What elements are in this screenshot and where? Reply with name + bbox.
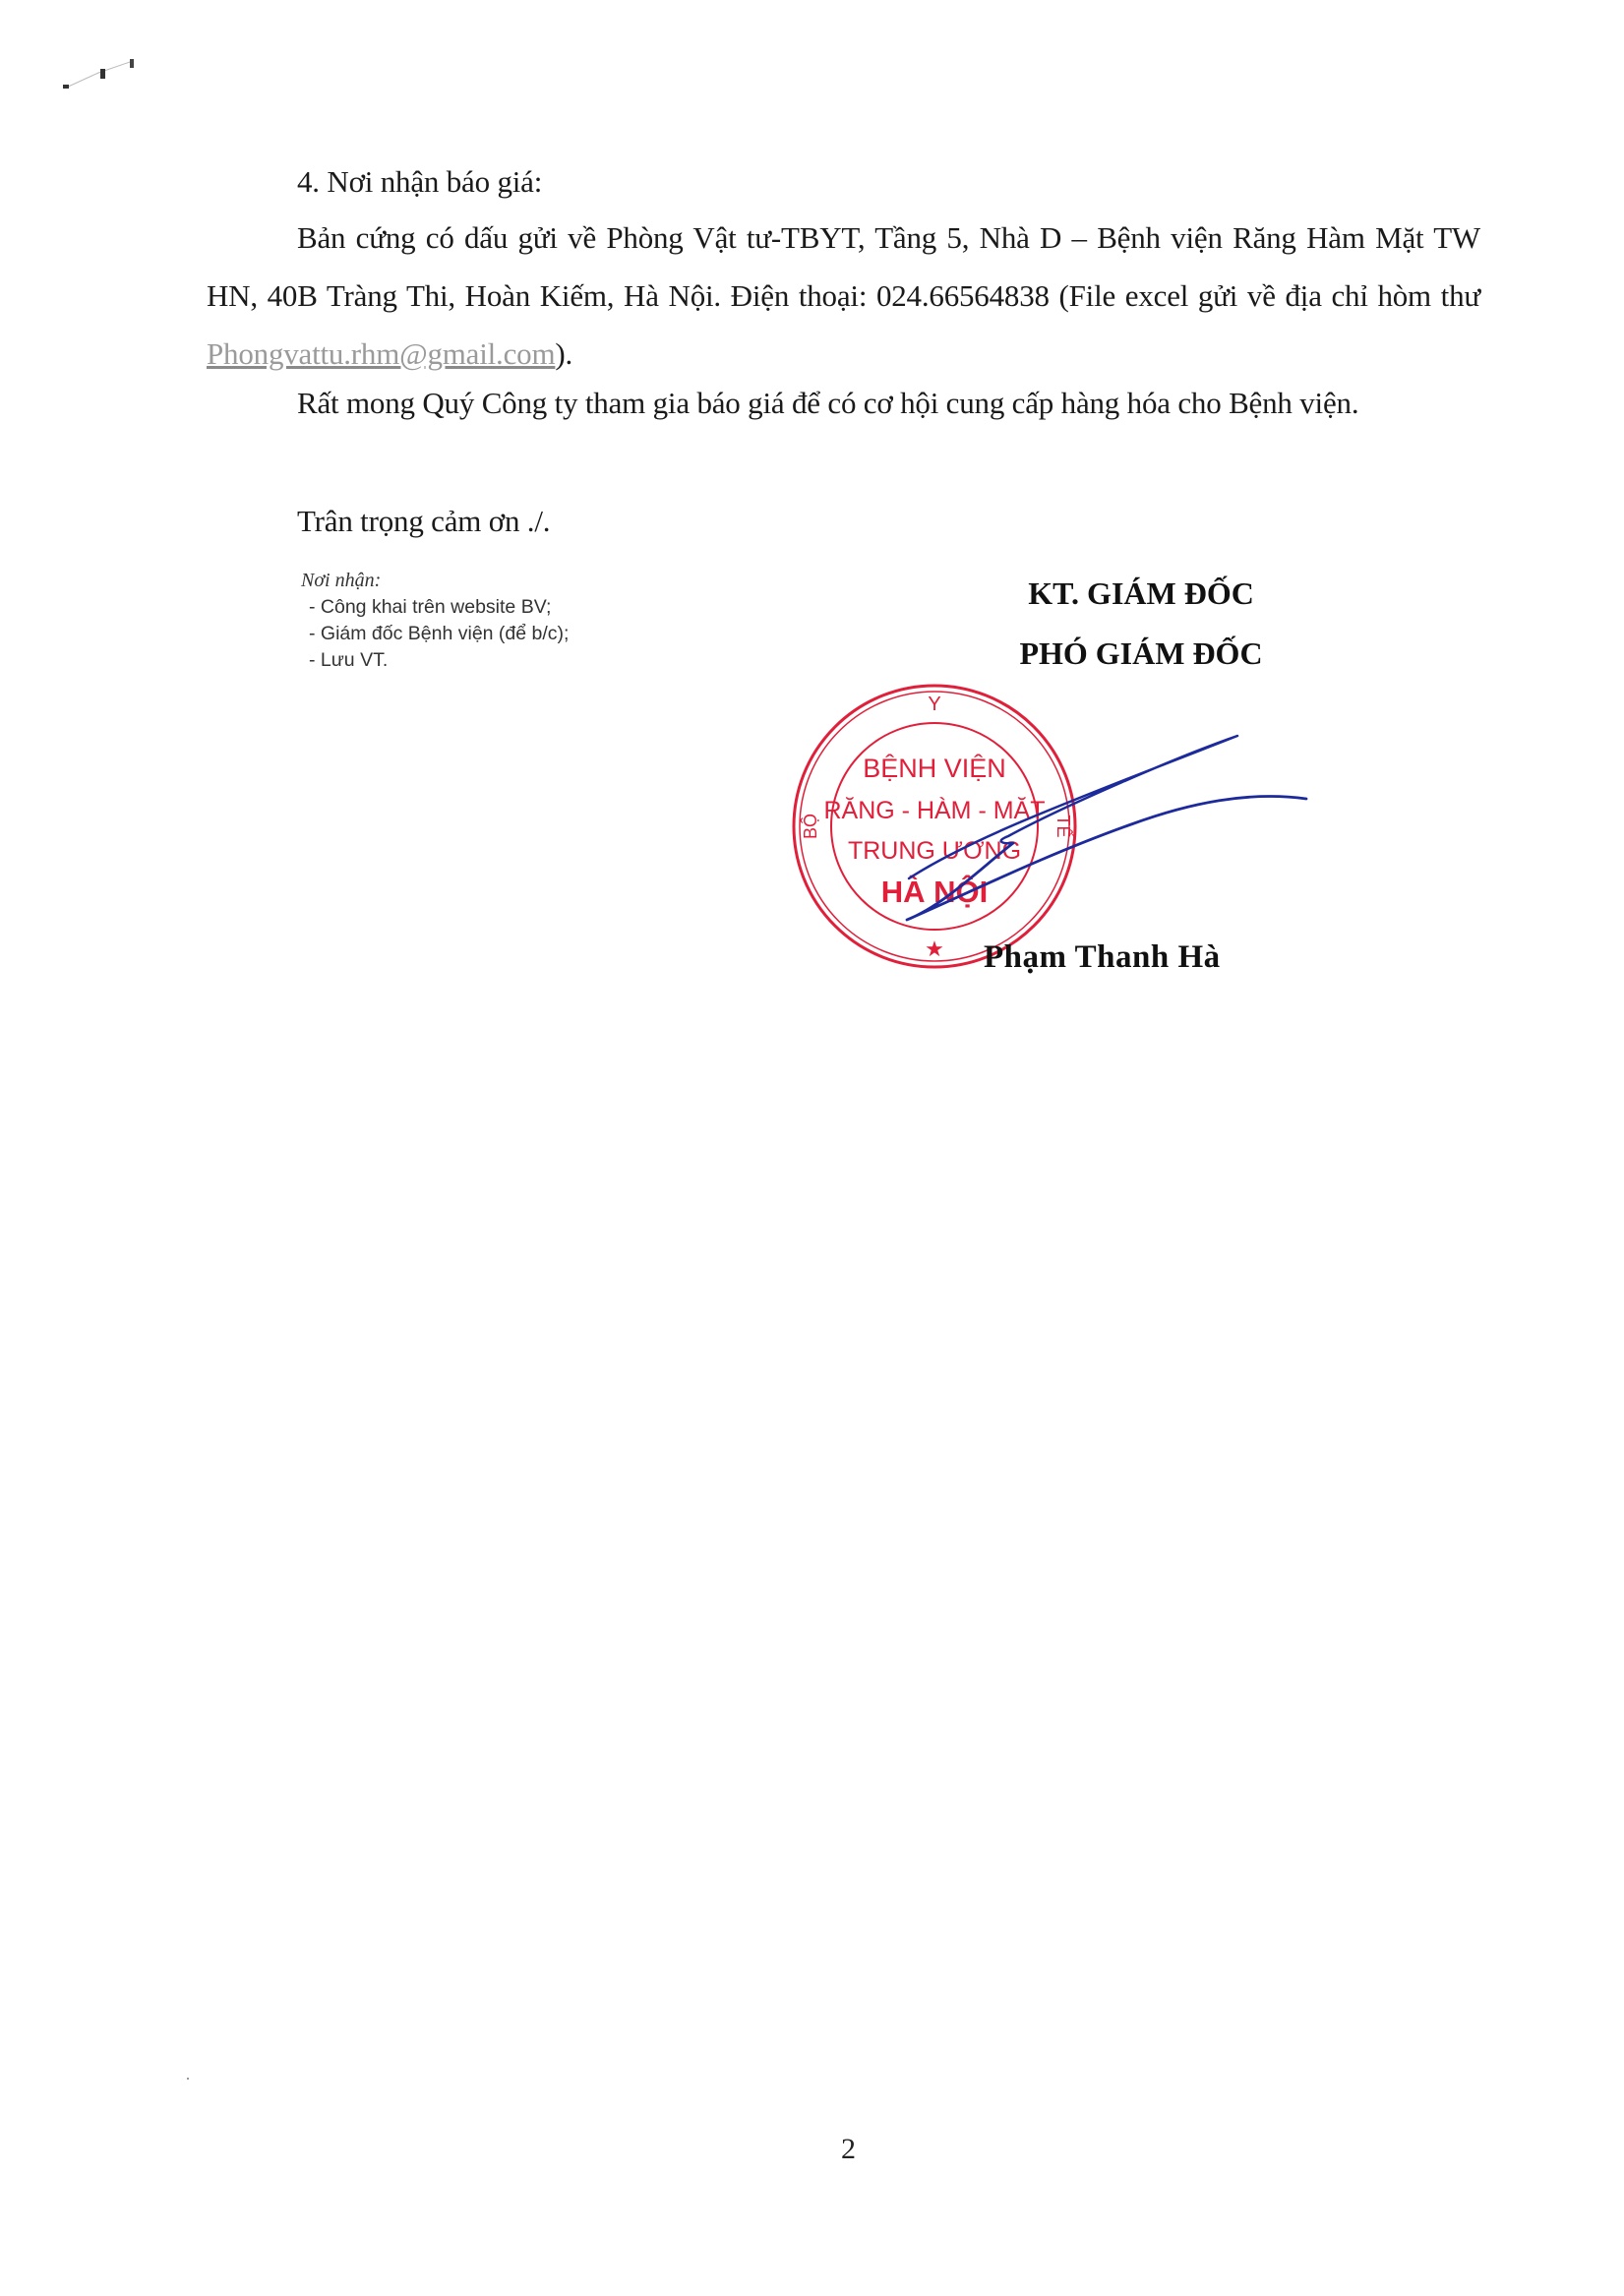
page-number: 2 [841, 2133, 856, 2166]
email-link[interactable]: Phongvattu.rhm@gmail.com [207, 336, 555, 371]
closing-line: Trân trọng cảm ơn ./. [207, 492, 1480, 550]
stamp-ring-top: Y [928, 694, 940, 715]
recipient-item: - Lưu VT. [301, 647, 569, 674]
delivery-text: Bản cứng có dấu gửi về Phòng Vật tư-TBYT… [207, 220, 1480, 313]
recipient-item: - Công khai trên website BV; [301, 594, 569, 621]
recipients-list: Nơi nhận: - Công khai trên website BV; -… [301, 568, 569, 674]
signer-name: Phạm Thanh Hà [984, 939, 1221, 976]
scan-artifact-dot [187, 2078, 189, 2080]
section-heading: 4. Nơi nhận báo giá: [207, 152, 1480, 211]
signature-title-secondary: PHÓ GIÁM ĐỐC [944, 635, 1338, 672]
invitation-paragraph: Rất mong Quý Công ty tham gia báo giá để… [207, 374, 1480, 432]
recipient-item: - Giám đốc Bệnh viện (để b/c); [301, 621, 569, 647]
recipients-title: Nơi nhận: [301, 568, 569, 594]
stamp-ring-left: BỘ [800, 814, 820, 839]
signature-title-primary: KT. GIÁM ĐỐC [944, 575, 1338, 612]
delivery-text-end: ). [555, 336, 572, 371]
scan-artifact-mark [59, 51, 148, 95]
delivery-paragraph: Bản cứng có dấu gửi về Phòng Vật tư-TBYT… [207, 209, 1480, 383]
document-page: 4. Nơi nhận báo giá: Bản cứng có dấu gửi… [0, 0, 1624, 2296]
